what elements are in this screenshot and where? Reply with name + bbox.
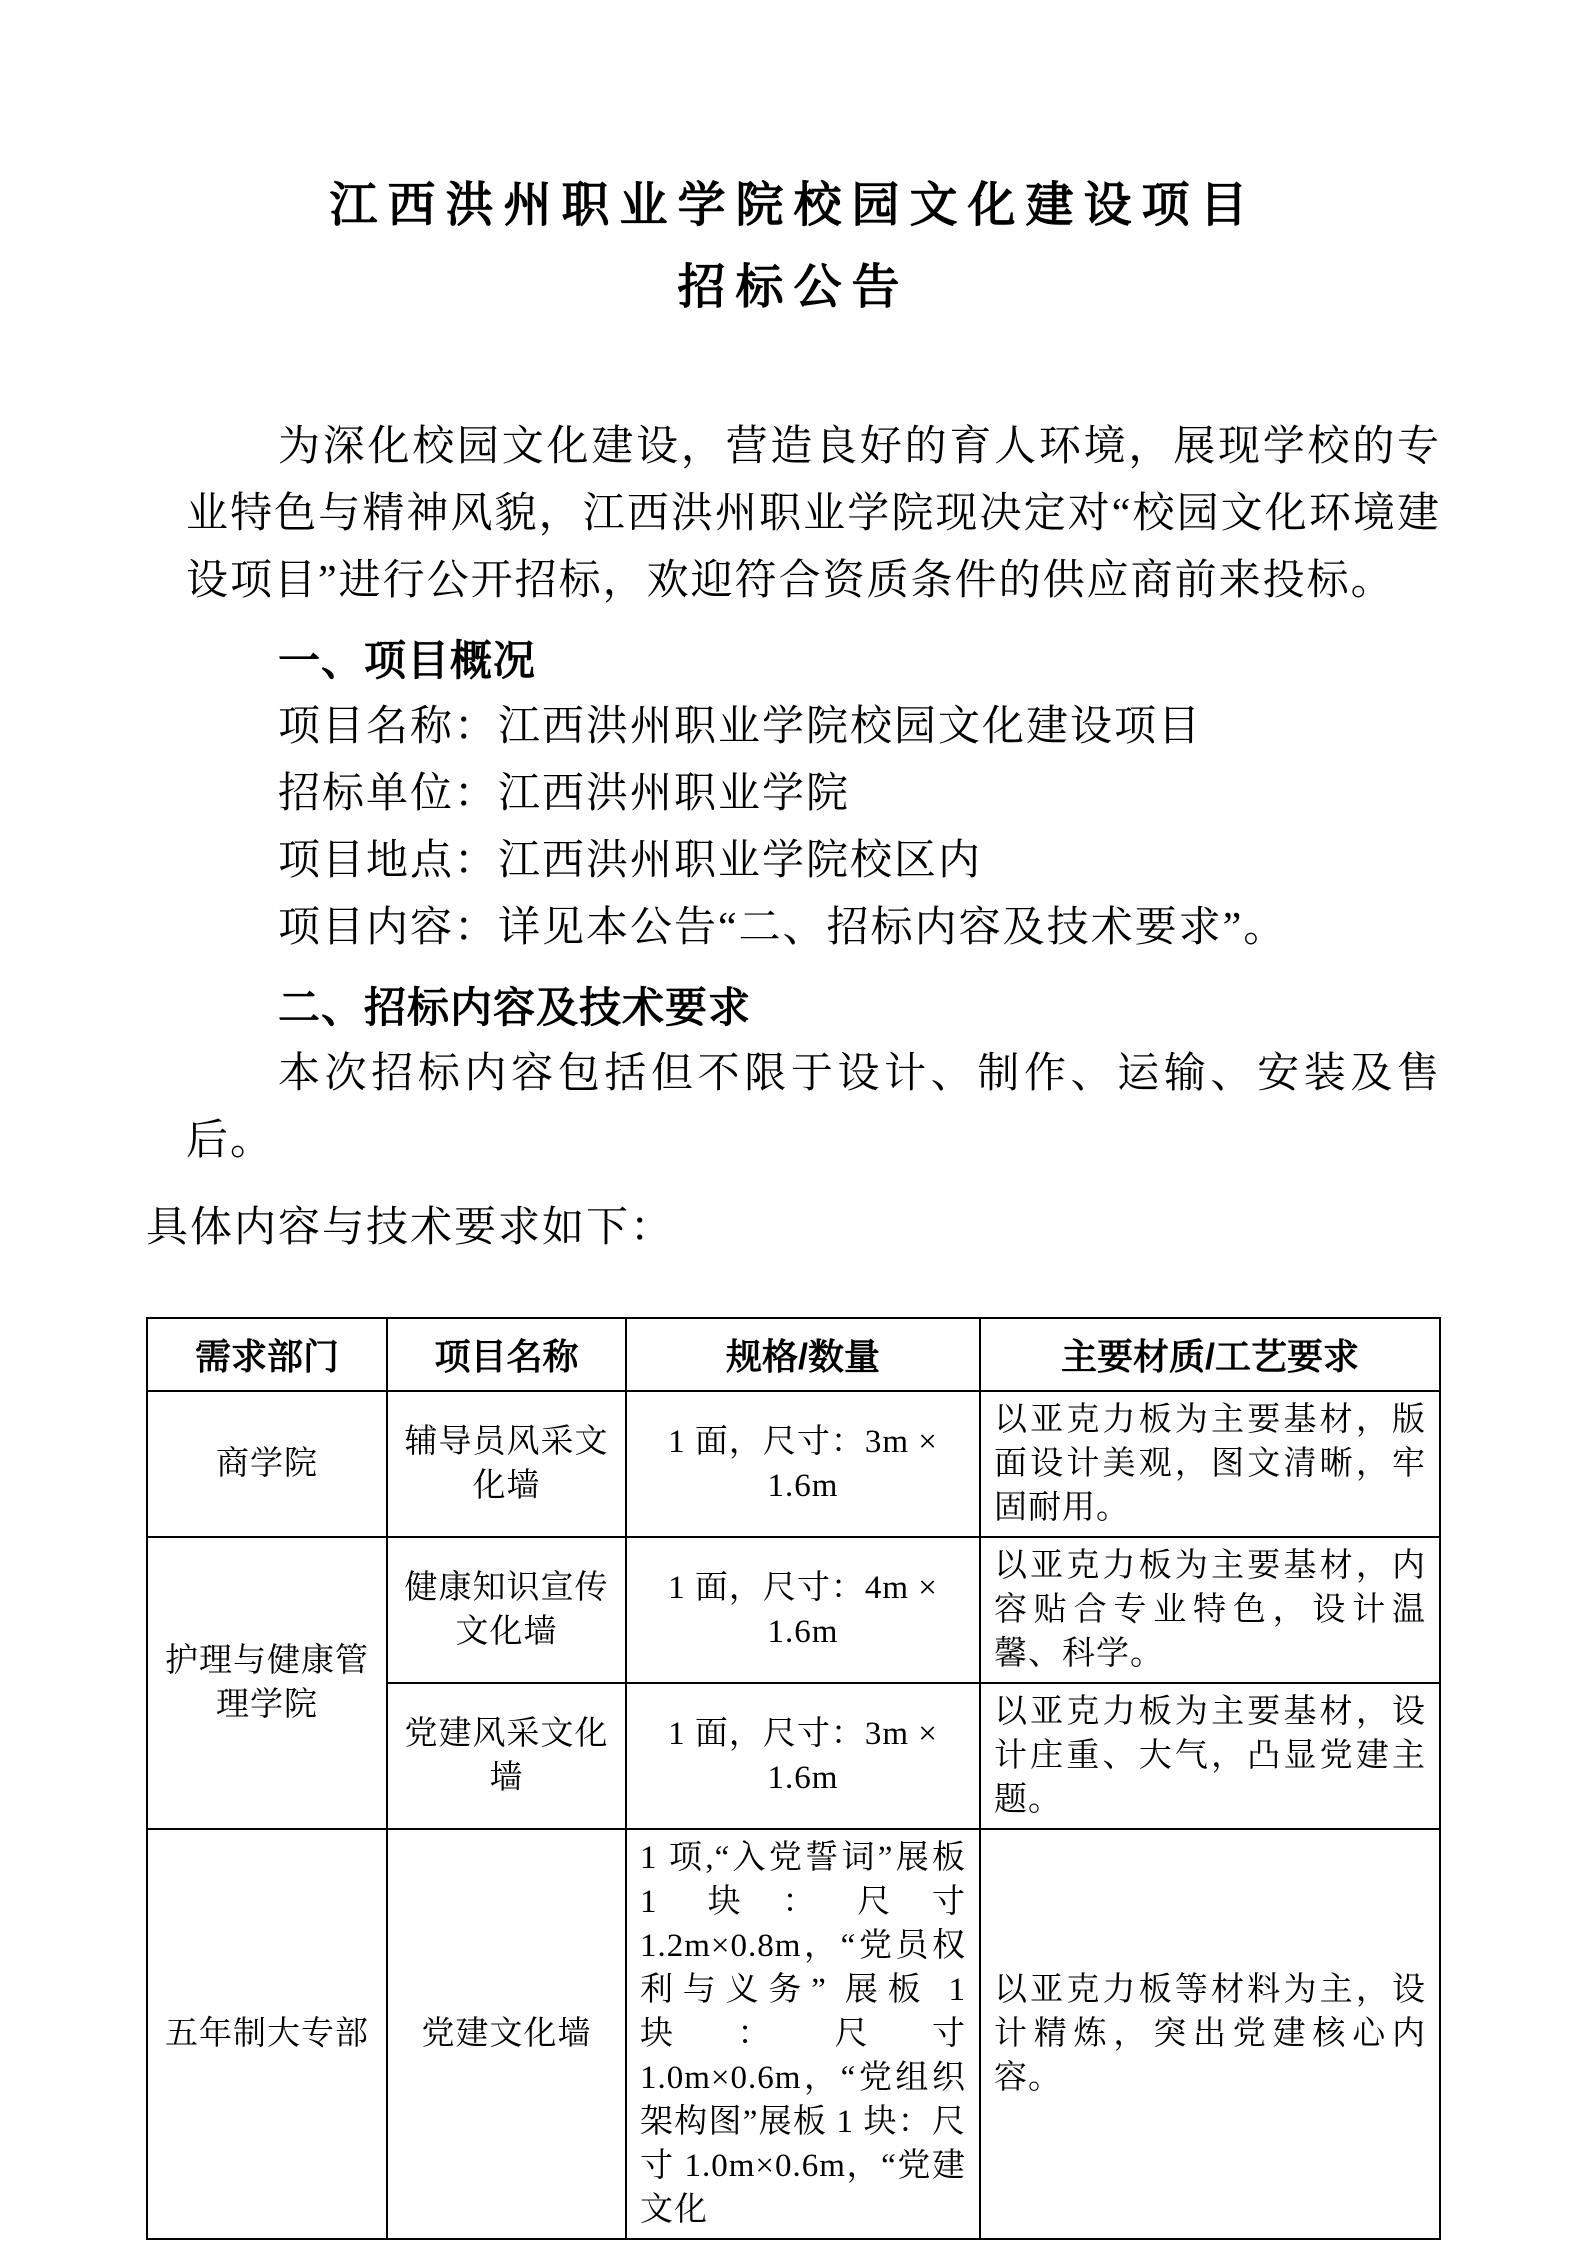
cell-spec: 1 项,“入党誓词”展板 1 块：尺寸 1.2m×0.8m，“党员权利与义务” … <box>626 1829 980 2239</box>
section2-heading: 二、招标内容及技术要求 <box>186 974 1441 1041</box>
cell-name: 党建文化墙 <box>387 1829 626 2239</box>
document-title-line1: 江西洪州职业学院校园文化建设项目 <box>146 165 1441 247</box>
section1-heading: 一、项目概况 <box>186 627 1441 694</box>
table-lead-in: 具体内容与技术要求如下： <box>146 1195 1441 1262</box>
document-content: 江西洪州职业学院校园文化建设项目 招标公告 为深化校园文化建设，营造良好的育人环… <box>0 165 1587 2240</box>
table-row: 护理与健康管理学院 健康知识宣传文化墙 1 面，尺寸：4m × 1.6m 以亚克… <box>147 1537 1440 1683</box>
cell-dept: 商学院 <box>147 1391 387 1537</box>
intro-paragraph: 为深化校园文化建设，营造良好的育人环境，展现学校的专业特色与精神风貌，江西洪州职… <box>186 414 1441 615</box>
document-page: 江西洪州职业学院校园文化建设项目 招标公告 为深化校园文化建设，营造良好的育人环… <box>0 0 1587 2245</box>
document-title: 江西洪州职业学院校园文化建设项目 招标公告 <box>146 165 1441 329</box>
cell-spec: 1 面，尺寸：4m × 1.6m <box>626 1537 980 1683</box>
header-dept: 需求部门 <box>147 1318 387 1391</box>
requirements-table: 需求部门 项目名称 规格/数量 主要材质/工艺要求 商学院 辅导员风采文化墙 1… <box>146 1317 1441 2240</box>
cell-spec: 1 面，尺寸：3m × 1.6m <box>626 1391 980 1537</box>
tender-unit-line: 招标单位：江西洪州职业学院 <box>186 761 1441 828</box>
project-name-line: 项目名称：江西洪州职业学院校园文化建设项目 <box>186 694 1441 761</box>
cell-material: 以亚克力板为主要基材，版面设计美观，图文清晰，牢固耐用。 <box>980 1391 1440 1537</box>
section2-paragraph: 本次招标内容包括但不限于设计、制作、运输、安装及售后。 <box>186 1041 1441 1175</box>
cell-name: 党建风采文化墙 <box>387 1683 626 1829</box>
cell-material: 以亚克力板为主要基材，设计庄重、大气，凸显党建主题。 <box>980 1683 1440 1829</box>
project-location-line: 项目地点：江西洪州职业学院校区内 <box>186 828 1441 895</box>
cell-name: 辅导员风采文化墙 <box>387 1391 626 1537</box>
body-block: 为深化校园文化建设，营造良好的育人环境，展现学校的专业特色与精神风貌，江西洪州职… <box>186 414 1441 1175</box>
cell-material: 以亚克力板为主要基材，内容贴合专业特色，设计温馨、科学。 <box>980 1537 1440 1683</box>
project-content-line: 项目内容：详见本公告“二、招标内容及技术要求”。 <box>186 895 1441 962</box>
header-name: 项目名称 <box>387 1318 626 1391</box>
header-spec: 规格/数量 <box>626 1318 980 1391</box>
header-material: 主要材质/工艺要求 <box>980 1318 1440 1391</box>
cell-dept: 护理与健康管理学院 <box>147 1537 387 1829</box>
cell-name: 健康知识宣传文化墙 <box>387 1537 626 1683</box>
cell-spec: 1 面，尺寸：3m × 1.6m <box>626 1683 980 1829</box>
document-title-line2: 招标公告 <box>146 247 1441 329</box>
cell-material: 以亚克力板等材料为主，设计精炼，突出党建核心内容。 <box>980 1829 1440 2239</box>
table-row: 五年制大专部 党建文化墙 1 项,“入党誓词”展板 1 块：尺寸 1.2m×0.… <box>147 1829 1440 2239</box>
table-header-row: 需求部门 项目名称 规格/数量 主要材质/工艺要求 <box>147 1318 1440 1391</box>
table-row: 商学院 辅导员风采文化墙 1 面，尺寸：3m × 1.6m 以亚克力板为主要基材… <box>147 1391 1440 1537</box>
cell-dept: 五年制大专部 <box>147 1829 387 2239</box>
